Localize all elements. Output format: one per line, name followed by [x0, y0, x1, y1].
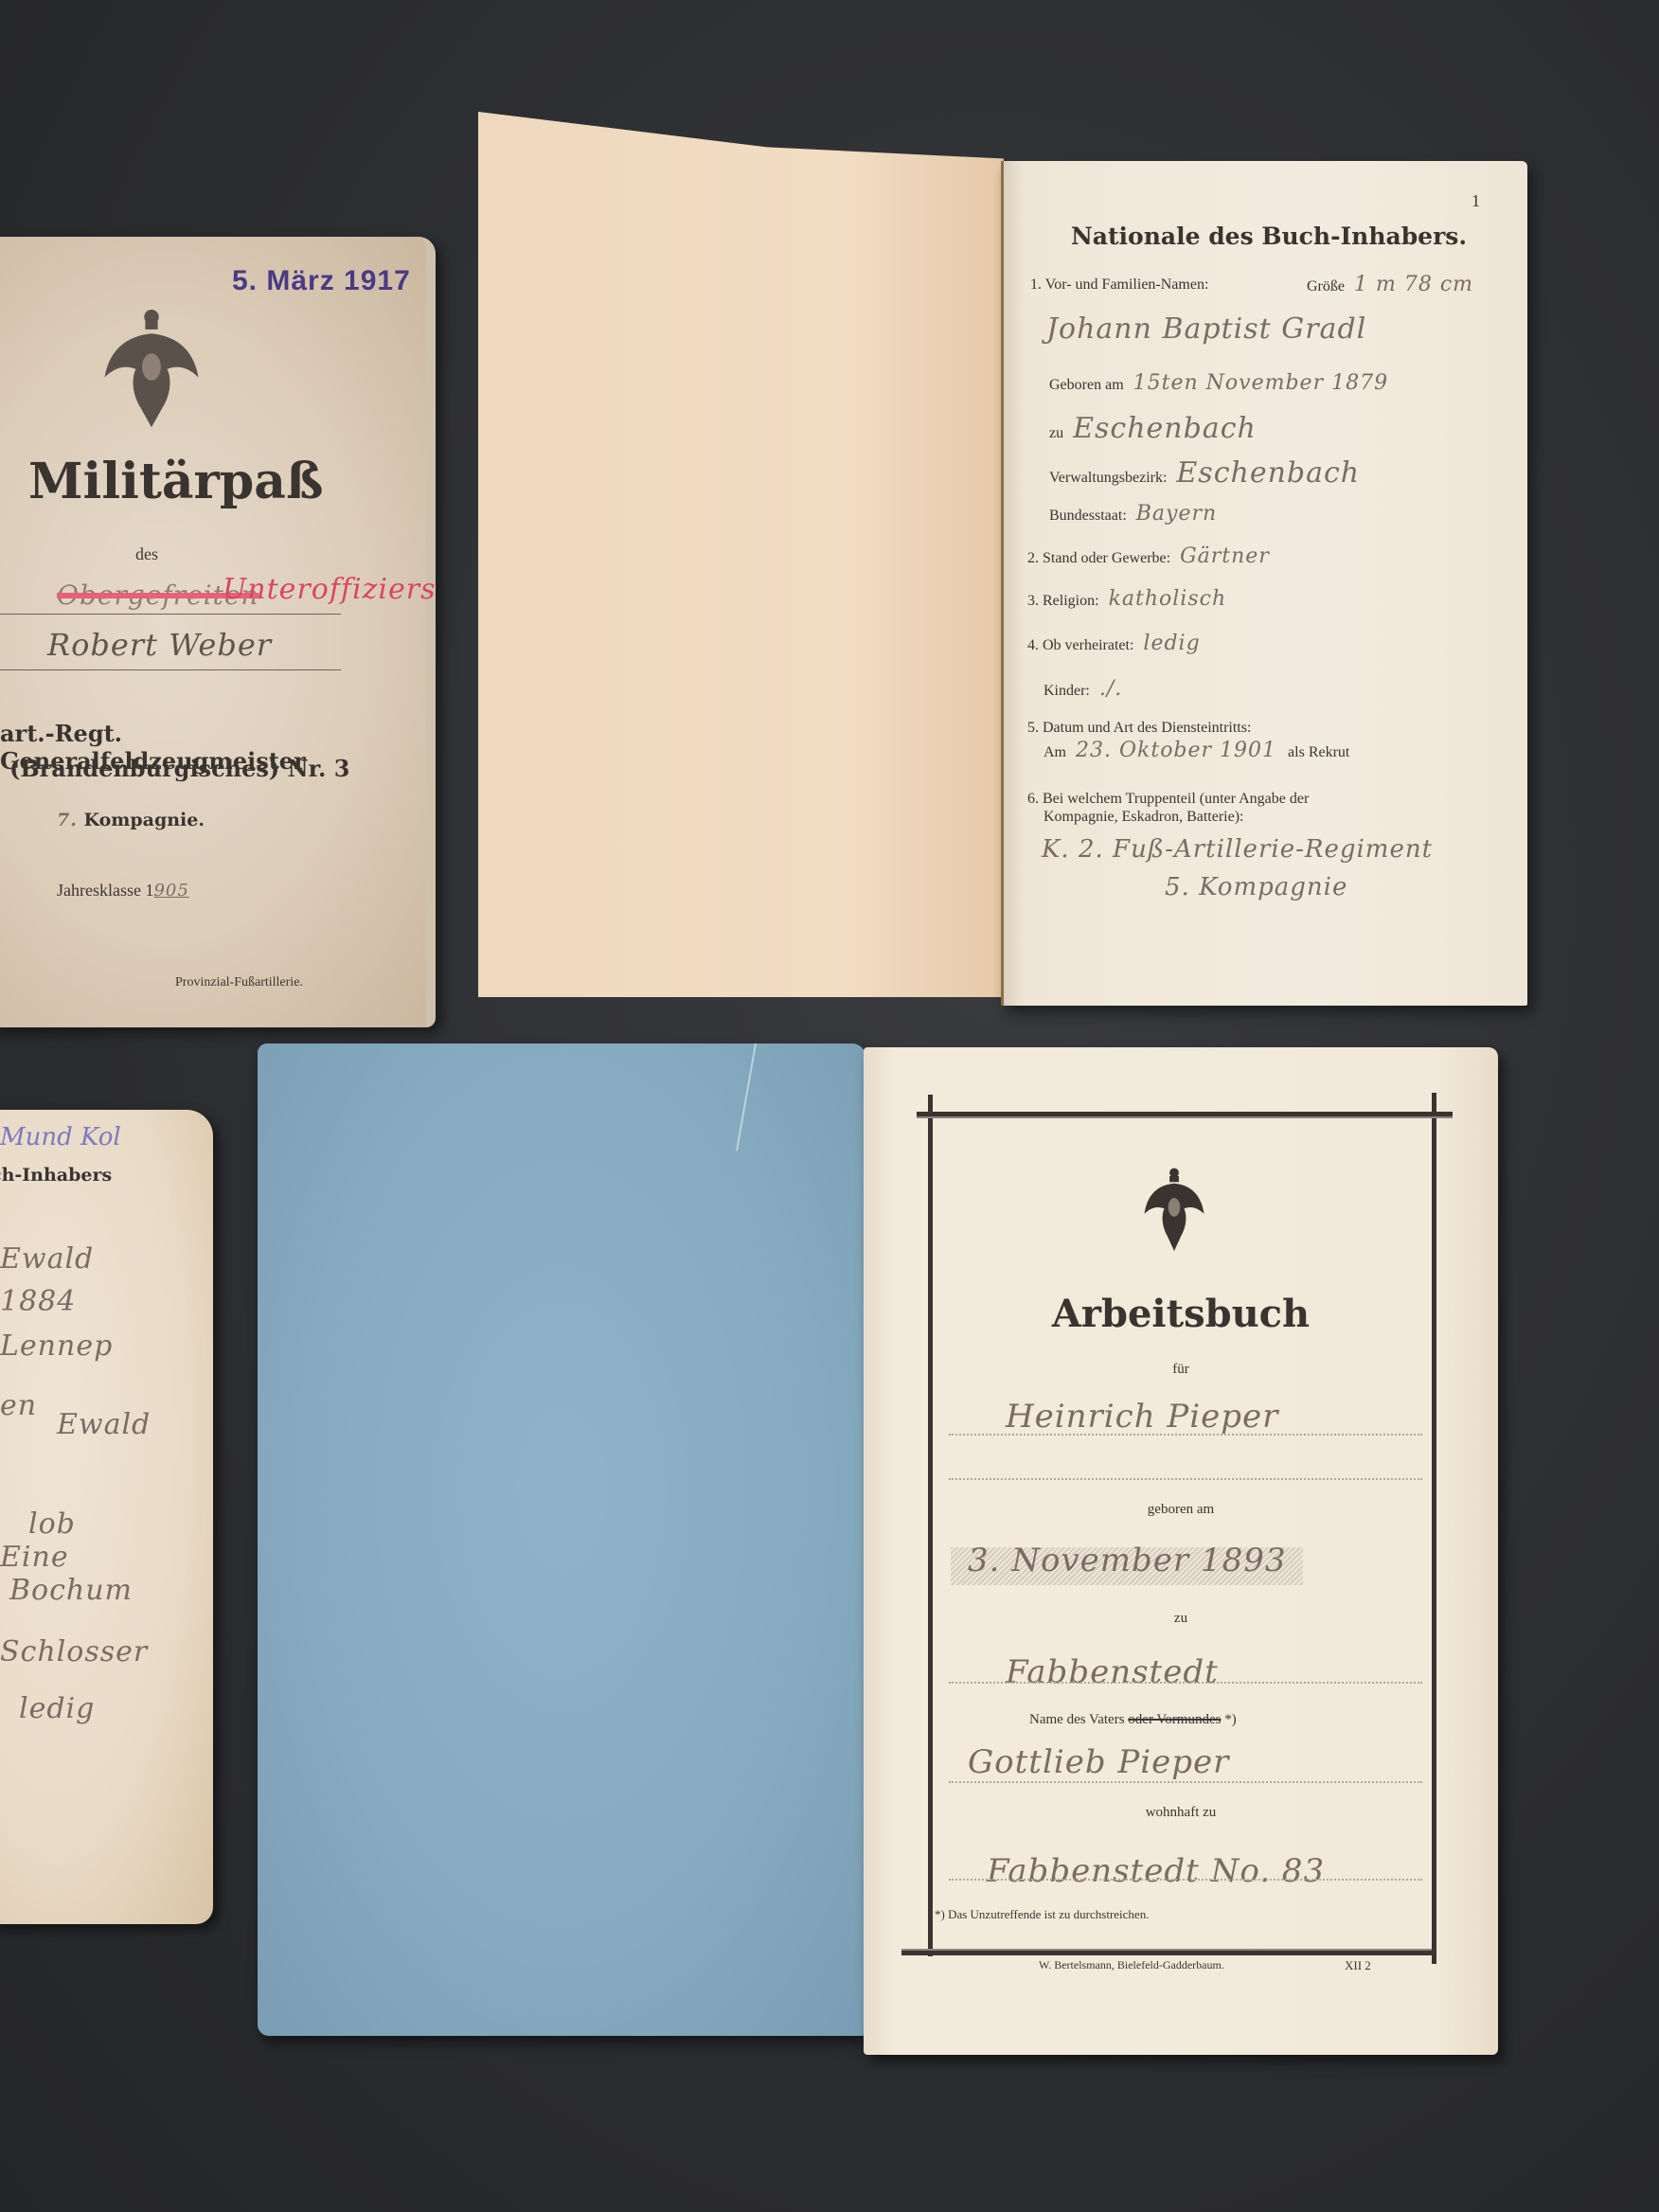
- field-value: Eschenbach: [1176, 456, 1360, 490]
- fuer-label: für: [864, 1362, 1498, 1378]
- handwriting-fragment: Bochum: [9, 1574, 133, 1607]
- rank-underline: [0, 614, 341, 615]
- footnote: *) Das Unzutreffende ist zu durchstreich…: [935, 1907, 1149, 1922]
- field-religion: 3. Religion:katholisch: [1027, 587, 1226, 611]
- page-number: 1: [1472, 191, 1480, 211]
- page-heading: Nationale des Buch-Inhabers.: [1051, 223, 1487, 250]
- geboren-label: geboren am: [864, 1502, 1498, 1518]
- kompanie-line: 7. Kompagnie.: [57, 810, 205, 830]
- jahresklasse-value: 905: [153, 881, 188, 901]
- field-label: 1. Vor- und Familien-Namen:: [1030, 276, 1208, 293]
- handwriting-fragment: en: [0, 1389, 37, 1422]
- field-occupation: 2. Stand oder Gewerbe:Gärtner: [1027, 544, 1270, 568]
- kompanie-label: Kompagnie.: [83, 810, 205, 830]
- imperial-eagle-icon: [99, 303, 204, 431]
- des-label: des: [0, 544, 303, 564]
- blue-booklet-cover: [258, 1044, 865, 2036]
- date-stamp: 5. März 1917: [232, 265, 411, 297]
- field-value: Bayern: [1136, 502, 1217, 526]
- field-label: 2. Stand oder Gewerbe:: [1027, 550, 1170, 566]
- field-value: ./.: [1099, 677, 1122, 701]
- field-label: 3. Religion:: [1027, 593, 1099, 609]
- field-label: zu: [1049, 425, 1063, 441]
- field-value: 15ten November 1879: [1133, 371, 1388, 395]
- printer-imprint: W. Bertelsmann, Bielefeld-Gadderbaum.: [1039, 1958, 1224, 1972]
- footnote-mark: *): [1224, 1712, 1237, 1727]
- dotted-line: [949, 1781, 1422, 1783]
- field-label: Bundesstaat:: [1049, 508, 1127, 524]
- militaerpass-booklet: 5. März 1917 Militärpaß des Obergefreite…: [0, 237, 436, 1027]
- frame-border: [1432, 1093, 1436, 1964]
- imperial-eagle-icon: [1141, 1166, 1207, 1253]
- nationale-right-page: 1 Nationale des Buch-Inhabers. 1. Vor- u…: [1001, 161, 1527, 1006]
- footer-text: Provinzial-Fußartillerie.: [175, 975, 303, 990]
- field-label: Größe: [1307, 278, 1345, 294]
- field-name-label: 1. Vor- und Familien-Namen:: [1030, 276, 1208, 294]
- nationale-left-page: [478, 112, 1004, 997]
- field-value: 1 m 78 cm: [1354, 273, 1473, 296]
- field-service-entry: Am23. Oktober 1901 als Rekrut: [1044, 739, 1349, 762]
- field-value: K. 2. Fuß-Artillerie-Regiment: [1042, 835, 1433, 864]
- field-children: Kinder:./.: [1044, 677, 1122, 701]
- field-suffix: als Rekrut: [1288, 744, 1349, 760]
- field-label: 6. Bei welchem Truppenteil (unter Angabe…: [1027, 791, 1309, 807]
- birth-date: 3. November 1893: [968, 1542, 1287, 1579]
- field-value: Gärtner: [1180, 544, 1270, 568]
- field-value: Johann Baptist Gradl: [1046, 312, 1366, 346]
- field-value: Eschenbach: [1073, 412, 1257, 445]
- field-value: 5. Kompagnie: [1165, 873, 1347, 901]
- field-label: Kinder:: [1044, 683, 1090, 699]
- field-birthdate: Geboren am15ten November 1879: [1049, 371, 1388, 395]
- ink-stamp: Mund Kol: [0, 1123, 121, 1151]
- kompanie-number: 7.: [57, 810, 78, 830]
- zu-label: zu: [864, 1611, 1498, 1627]
- handwriting-fragment: 1884: [0, 1285, 76, 1318]
- field-value: ledig: [1143, 632, 1200, 655]
- form-series: XII 2: [1345, 1958, 1371, 1973]
- field-married: 4. Ob verheiratet:ledig: [1027, 632, 1201, 655]
- field-district: Verwaltungsbezirk:Eschenbach: [1049, 456, 1360, 490]
- jahresklasse-line: Jahresklasse 1905: [57, 881, 189, 901]
- frame-border: [901, 1949, 1432, 1955]
- field-unit-value-1: K. 2. Fuß-Artillerie-Regiment: [1032, 835, 1433, 864]
- vater-line: Name des Vaters oder Vormundes *): [1029, 1712, 1237, 1728]
- field-label: Verwaltungsbezirk:: [1049, 470, 1167, 486]
- field-value: 23. Oktober 1901: [1076, 739, 1276, 762]
- handwriting-fragment: Eine: [0, 1541, 69, 1574]
- arbeitsbuch-page: Arbeitsbuch für Heinrich Pieper geboren …: [864, 1047, 1498, 2055]
- residence: Fabbenstedt No. 83: [987, 1852, 1325, 1890]
- field-fullname: Johann Baptist Gradl: [1037, 312, 1366, 346]
- frame-border: [928, 1095, 933, 1956]
- dotted-line: [949, 1879, 1422, 1881]
- dotted-line: [949, 1478, 1422, 1480]
- field-label: Geboren am: [1049, 377, 1124, 393]
- jahresklasse-label: Jahresklasse 1: [57, 881, 153, 900]
- field-unit-label-1: 6. Bei welchem Truppenteil (unter Angabe…: [1027, 791, 1309, 808]
- holder-name: Robert Weber: [47, 627, 272, 663]
- header-fragment: ch-Inhabers: [0, 1165, 112, 1186]
- field-unit-value-2: 5. Kompagnie: [1155, 873, 1347, 901]
- birth-place: Fabbenstedt: [1006, 1653, 1219, 1691]
- document-title: Militärpaß: [28, 453, 303, 510]
- field-state: Bundesstaat:Bayern: [1049, 502, 1217, 526]
- corrected-rank: Unteroffiziers: [223, 573, 437, 606]
- father-name: Gottlieb Pieper: [968, 1743, 1229, 1781]
- name-underline: [0, 669, 341, 670]
- handwriting-fragment: Lennep: [0, 1329, 113, 1363]
- vater-label: Name des Vaters: [1029, 1712, 1125, 1727]
- field-unit-label-2: Kompagnie, Eskadron, Batterie):: [1044, 809, 1244, 826]
- handwriting-fragment: Ewald: [57, 1408, 151, 1441]
- field-birthplace: zuEschenbach: [1049, 412, 1257, 445]
- field-label: 4. Ob verheiratet:: [1027, 637, 1133, 653]
- handwriting-fragment: ledig: [19, 1692, 95, 1725]
- vormund-struck: oder Vormundes: [1128, 1712, 1221, 1727]
- regiment-line-2: (Brandenburgisches) Nr. 3: [9, 755, 349, 782]
- handwriting-fragment: Schlosser: [0, 1635, 148, 1668]
- partial-booklet-left: Mund Kol ch-Inhabers Ewald 1884 Lennep e…: [0, 1110, 213, 1924]
- dotted-line: [949, 1682, 1422, 1684]
- field-height: Größe1 m 78 cm: [1307, 273, 1473, 296]
- holder-name: Heinrich Pieper: [1006, 1398, 1278, 1436]
- field-label: Kompagnie, Eskadron, Batterie):: [1044, 809, 1244, 825]
- dotted-line: [949, 1434, 1422, 1436]
- wohnhaft-label: wohnhaft zu: [864, 1805, 1498, 1821]
- handwriting-fragment: Ewald: [0, 1242, 94, 1275]
- field-service-entry-label: 5. Datum und Art des Diensteintritts:: [1027, 720, 1251, 737]
- field-label: Am: [1044, 744, 1066, 760]
- document-title: Arbeitsbuch: [864, 1292, 1498, 1336]
- handwriting-fragment: lob: [28, 1507, 76, 1541]
- field-value: katholisch: [1109, 587, 1227, 611]
- paper-crease: [736, 1044, 757, 1151]
- frame-border: [917, 1112, 1453, 1118]
- field-label: 5. Datum und Art des Diensteintritts:: [1027, 720, 1251, 736]
